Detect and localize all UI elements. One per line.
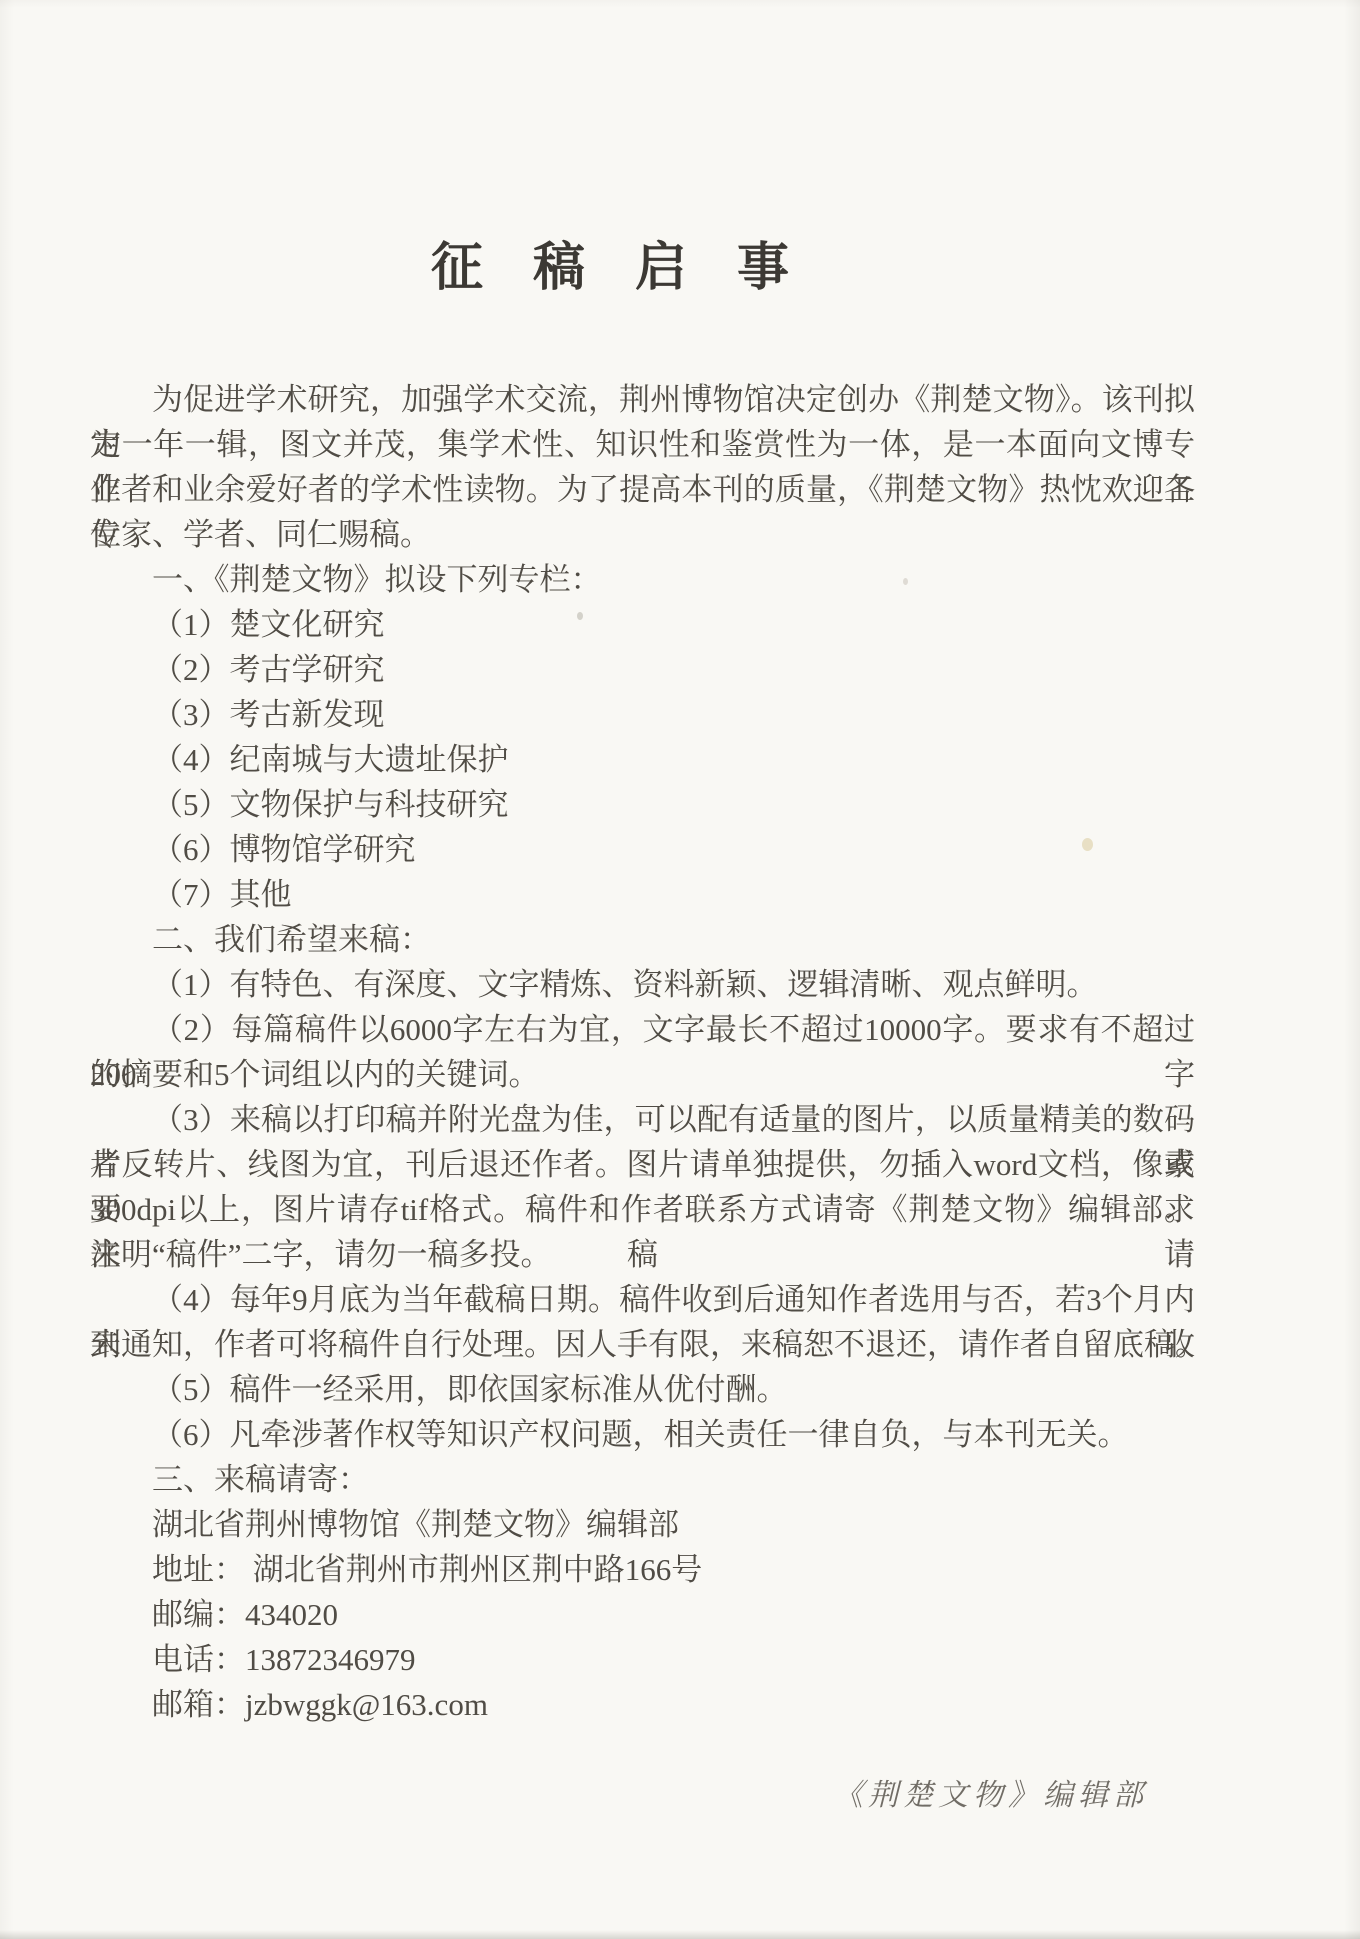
section-heading-line: 二、我们希望来稿：	[90, 917, 1195, 962]
body-line: 300dpi以上，图片请存tif格式。稿件和作者联系方式请寄《荆楚文物》编辑部。…	[90, 1187, 1195, 1232]
section-heading-line: 一、《荆楚文物》拟设下列专栏：	[90, 557, 1195, 602]
section-heading-line: 三、来稿请寄：	[90, 1457, 1195, 1502]
list-item-line: （2）考古学研究	[90, 647, 1195, 692]
scan-speck	[903, 578, 908, 585]
list-item-line: （3）考古新发现	[90, 692, 1195, 737]
contact-phone-line: 电话：13872346979	[90, 1637, 1195, 1682]
contact-postcode-line: 邮编：434020	[90, 1592, 1195, 1637]
document-body: 为促进学术研究，加强学术交流，荆州博物馆决定创办《荆楚文物》。该刊拟定 为一年一…	[90, 377, 1195, 1727]
body-line: 到通知，作者可将稿件自行处理。因人手有限，来稿恕不退还，请作者自留底稿。	[90, 1322, 1195, 1367]
list-item-line: （4）每年9月底为当年截稿日期。稿件收到后通知作者选用与否，若3个月内未收	[90, 1277, 1195, 1322]
list-item-line: （6）博物馆学研究	[90, 827, 1195, 872]
contact-line: 湖北省荆州博物馆《荆楚文物》编辑部	[90, 1502, 1195, 1547]
list-item-line: （1）楚文化研究	[90, 602, 1195, 647]
list-item-line: （4）纪南城与大遗址保护	[90, 737, 1195, 782]
list-item-line: （2）每篇稿件以6000字左右为宜，文字最长不超过10000字。要求有不超过20…	[90, 1007, 1195, 1052]
body-line: 者反转片、线图为宜，刊后退还作者。图片请单独提供，勿插入word文档，像素要求	[90, 1142, 1195, 1187]
scan-speck	[577, 612, 583, 620]
contact-address-line: 地址： 湖北省荆州市荆州区荆中路166号	[90, 1547, 1195, 1592]
list-item-line: （6）凡牵涉著作权等知识产权问题，相关责任一律自负，与本刊无关。	[90, 1412, 1195, 1457]
body-line: 为一年一辑，图文并茂，集学术性、知识性和鉴赏性为一体，是一本面向文博专业工	[90, 422, 1195, 467]
list-item-line: （3）来稿以打印稿并附光盘为佳，可以配有适量的图片，以质量精美的数码片或	[90, 1097, 1195, 1142]
document-title: 征稿启事	[0, 225, 1220, 300]
list-item-line: （7）其他	[90, 872, 1195, 917]
list-item-line: （1）有特色、有深度、文字精炼、资料新颖、逻辑清晰、观点鲜明。	[90, 962, 1195, 1007]
list-item-line: （5）文物保护与科技研究	[90, 782, 1195, 827]
body-line: 专家、学者、同仁赐稿。	[90, 512, 1195, 557]
body-line: 为促进学术研究，加强学术交流，荆州博物馆决定创办《荆楚文物》。该刊拟定	[90, 377, 1195, 422]
body-line: 作者和业余爱好者的学术性读物。为了提高本刊的质量，《荆楚文物》热忱欢迎各位	[90, 467, 1195, 512]
editorial-signature: 《荆楚文物》编辑部	[0, 1770, 1148, 1814]
list-item-line: （5）稿件一经采用，即依国家标准从优付酬。	[90, 1367, 1195, 1412]
scan-speck	[1082, 838, 1093, 851]
contact-email-line: 邮箱：jzbwggk@163.com	[90, 1682, 1195, 1727]
scanned-document-page: 征稿启事 为促进学术研究，加强学术交流，荆州博物馆决定创办《荆楚文物》。该刊拟定…	[0, 0, 1360, 1939]
